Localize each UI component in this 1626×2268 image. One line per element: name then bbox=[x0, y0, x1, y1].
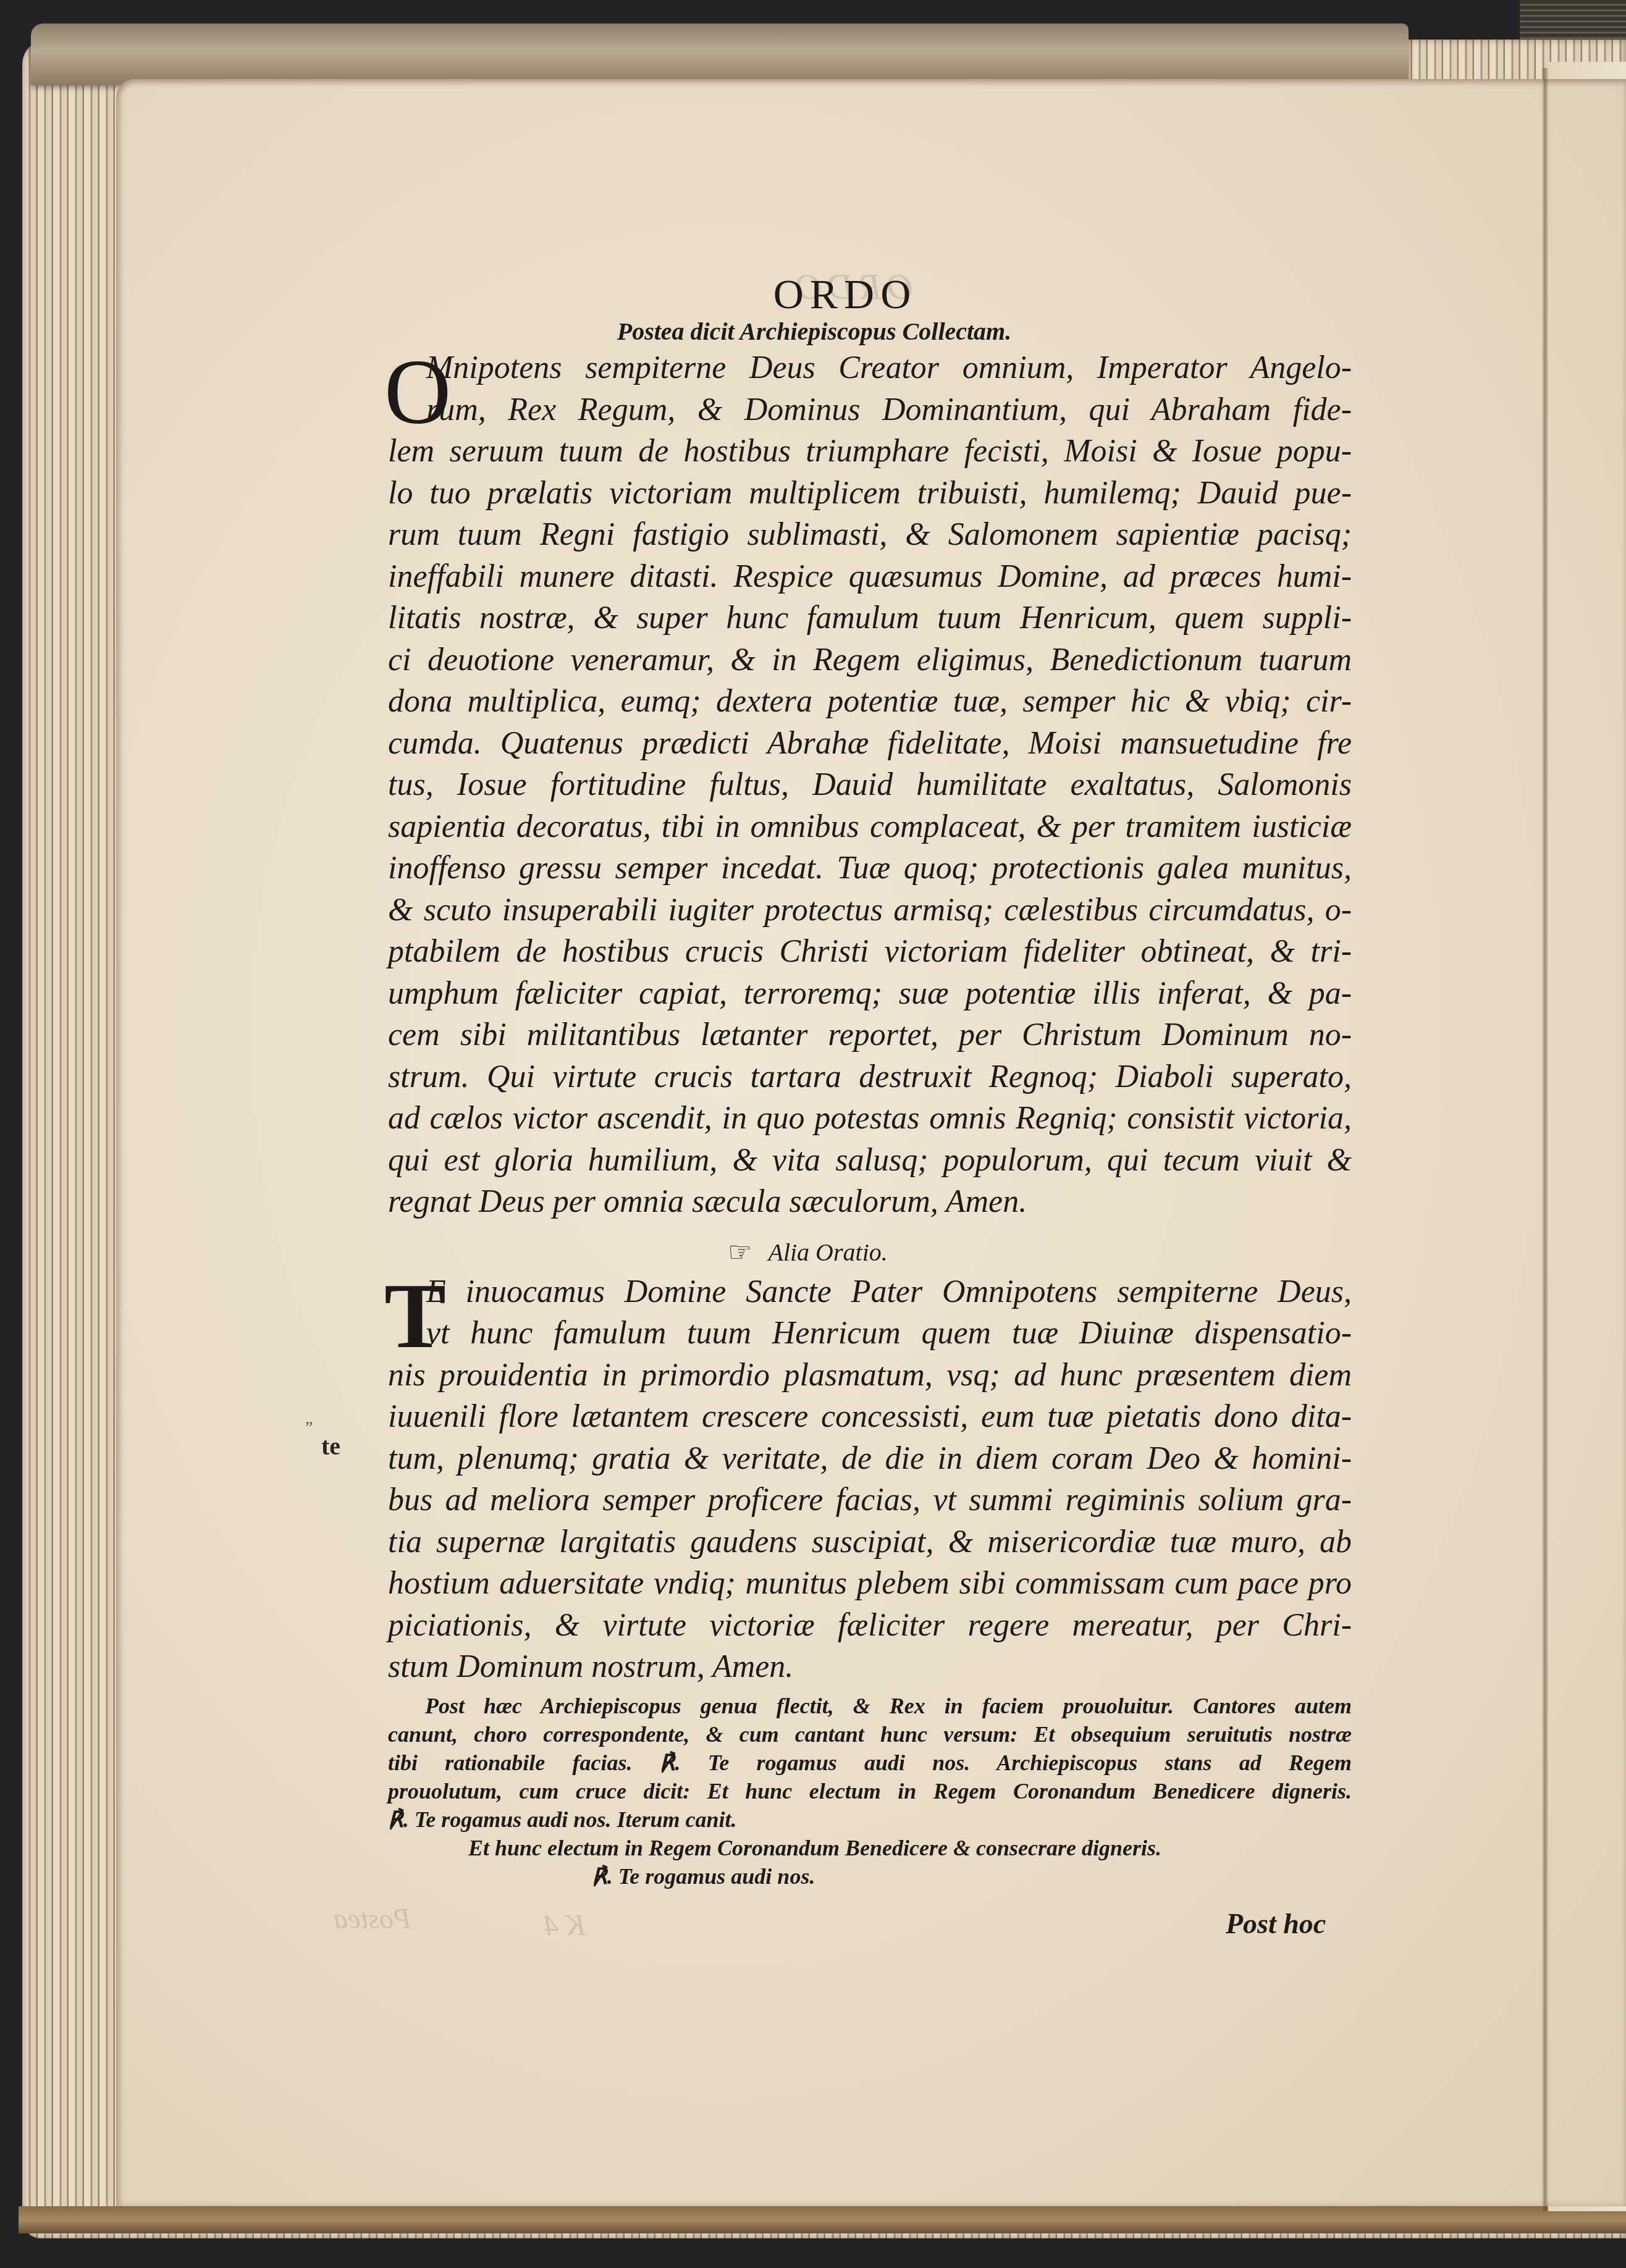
text-line: rum, Rex Regum, & Dominus Dominantium, q… bbox=[388, 389, 1352, 431]
rubric-line: tibi rationabile facias. ℟. Te rogamus a… bbox=[388, 1749, 1352, 1777]
text-line: hostium aduersitate vndiq; munitus plebe… bbox=[388, 1563, 1352, 1605]
text-line: tus, Iosue fortitudine fultus, Dauid hum… bbox=[388, 764, 1352, 806]
text-line: Mnipotens sempiterne Deus Creator omnium… bbox=[388, 347, 1352, 389]
text-line: piciationis, & virtute victoriæ fælicite… bbox=[388, 1605, 1352, 1647]
rubric-instructions: Post hæc Archiepiscopus genua flectit, &… bbox=[388, 1692, 1352, 1891]
text-line: sapientia decoratus, tibi in omnibus com… bbox=[388, 806, 1352, 848]
text-block: ORDO Postea dicit Archiepiscopus Collect… bbox=[388, 272, 1352, 1891]
rubric-line: canunt, choro correspondente, & cum cant… bbox=[388, 1720, 1352, 1749]
section-heading-label: Alia Oratio. bbox=[768, 1234, 887, 1271]
text-line: iuuenili flore lætantem crescere concess… bbox=[388, 1396, 1352, 1438]
text-line: inoffenso gressu semper incedat. Tuæ quo… bbox=[388, 847, 1352, 889]
text-line: cumda. Quatenus prædicti Abrahæ fidelita… bbox=[388, 723, 1352, 765]
catchword: Post hoc bbox=[1226, 1907, 1326, 1940]
text-line: regnat Deus per omnia sæcula sæculorum, … bbox=[388, 1181, 1352, 1223]
text-line: stum Dominum nostrum, Amen. bbox=[388, 1646, 1352, 1688]
rubric-line: ℟. Te rogamus audi nos. Iterum canit. bbox=[388, 1805, 1352, 1834]
section-heading-alia-oratio: ☞ Alia Oratio. bbox=[728, 1234, 1352, 1271]
page-bottom-edge bbox=[19, 2206, 1626, 2233]
rubric-line: ℟. Te rogamus audi nos. bbox=[388, 1862, 1352, 1891]
text-line: strum. Qui virtute crucis tartara destru… bbox=[388, 1056, 1352, 1098]
book-scan: ORDO Postea K 4 ” te ORDO Postea dicit A… bbox=[0, 0, 1626, 2268]
text-line: lem seruum tuum de hostibus triumphare f… bbox=[388, 430, 1352, 472]
rubric-line: Post hæc Archiepiscopus genua flectit, &… bbox=[388, 1692, 1352, 1720]
text-line: ineffabili munere ditasti. Respice quæsu… bbox=[388, 556, 1352, 598]
text-line: bus ad meliora semper proficere facias, … bbox=[388, 1479, 1352, 1521]
text-line: dona multiplica, eumq; dextera potentiæ … bbox=[388, 681, 1352, 723]
text-line: litatis nostræ, & super hunc famulum tuu… bbox=[388, 597, 1352, 639]
gutter-fold bbox=[1542, 68, 1548, 2211]
manicule-icon: ☞ bbox=[728, 1234, 752, 1271]
show-through-text: Postea bbox=[334, 1902, 411, 1935]
text-line: ptabilem de hostibus crucis Christi vict… bbox=[388, 931, 1352, 973]
text-line: tum, plenumq; gratia & veritate, de die … bbox=[388, 1438, 1352, 1480]
drop-cap: T bbox=[384, 1276, 446, 1356]
rubric-line: prouolutum, cum cruce dicit: Et hunc ele… bbox=[388, 1777, 1352, 1805]
text-line: nis prouidentia in primordio plasmatum, … bbox=[388, 1354, 1352, 1396]
rubric-line: Et hunc electum in Regem Coronandum Bene… bbox=[388, 1834, 1352, 1862]
prayer-te-inuocamus: T E inuocamus Domine Sancte Pater Omnipo… bbox=[388, 1271, 1352, 1688]
margin-annotation-quote: ” bbox=[305, 1418, 313, 1438]
text-line: ad cælos victor ascendit, in quo potesta… bbox=[388, 1098, 1352, 1140]
text-line: umphum fæliciter capiat, terroremq; suæ … bbox=[388, 973, 1352, 1015]
show-through-text: K 4 bbox=[544, 1909, 586, 1942]
page-title: ORDO bbox=[339, 272, 1352, 316]
text-line: cem sibi militantibus lætanter reportet,… bbox=[388, 1014, 1352, 1056]
margin-annotation: te bbox=[321, 1432, 340, 1461]
text-line: tia supernæ largitatis gaudens suscipiat… bbox=[388, 1521, 1352, 1563]
page-top-edge bbox=[31, 23, 1409, 85]
text-line: vt hunc famulum tuum Henricum quem tuæ D… bbox=[388, 1312, 1352, 1354]
prayer-omnipotens: O Mnipotens sempiterne Deus Creator omni… bbox=[388, 347, 1352, 1223]
text-line: E inuocamus Domine Sancte Pater Omnipote… bbox=[388, 1271, 1352, 1313]
text-line: qui est gloria humilium, & vita salusq; … bbox=[388, 1140, 1352, 1182]
drop-cap: O bbox=[384, 352, 451, 432]
text-line: lo tuo prælatis victoriam multiplicem tr… bbox=[388, 472, 1352, 514]
text-line: & scuto insuperabili iugiter protectus a… bbox=[388, 889, 1352, 931]
text-line: rum tuum Regni fastigio sublimasti, & Sa… bbox=[388, 514, 1352, 556]
text-line: ci deuotione veneramur, & in Regem eligi… bbox=[388, 639, 1352, 681]
